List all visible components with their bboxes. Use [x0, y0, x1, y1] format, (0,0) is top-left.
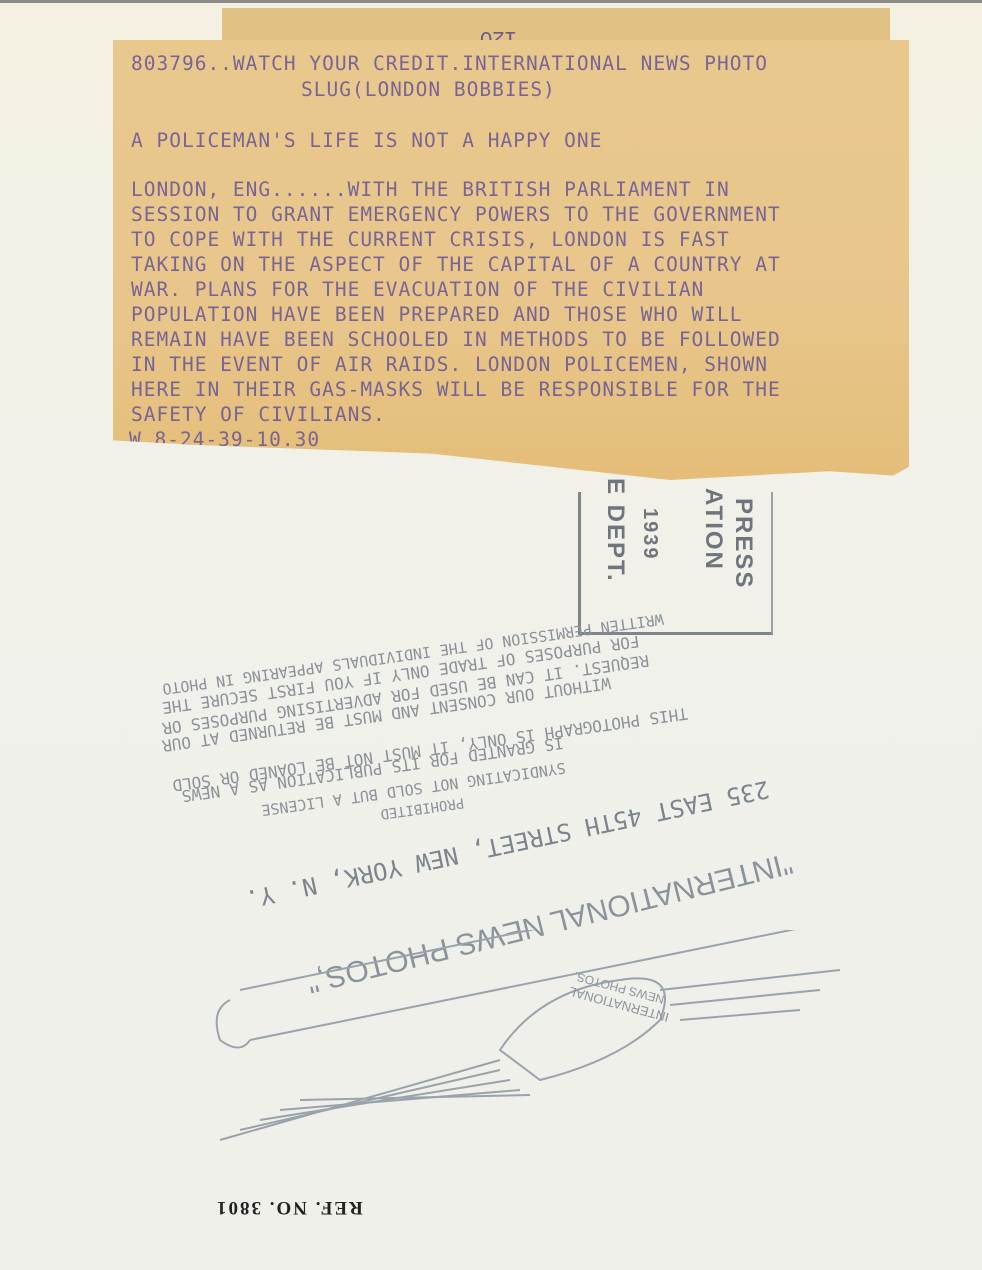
date-stamp-line: ATION: [699, 488, 727, 571]
caption-slug: SLUG(LONDON BOBBIES): [301, 78, 556, 101]
caption-slip: 803796..WATCH YOUR CREDIT.INTERNATIONAL …: [113, 40, 909, 480]
caption-headline: A POLICEMAN'S LIFE IS NOT A HAPPY ONE: [131, 129, 602, 152]
caption-body-line: TO COPE WITH THE CURRENT CRISIS, LONDON …: [131, 228, 730, 251]
caption-body-line: WAR. PLANS FOR THE EVACUATION OF THE CIV…: [131, 278, 704, 301]
caption-body-line: REMAIN HAVE BEEN SCHOOLED IN METHODS TO …: [131, 328, 781, 351]
date-stamp-line: E DEPT.: [601, 478, 629, 583]
date-stamp-line: PRESS: [729, 498, 757, 589]
caption-body-line: SAFETY OF CIVILIANS.: [131, 403, 386, 426]
caption-body-line: IN THE EVENT OF AIR RAIDS. LONDON POLICE…: [131, 353, 768, 376]
caption-body-line: LONDON, ENG......WITH THE BRITISH PARLIA…: [131, 178, 730, 201]
caption-header: 803796..WATCH YOUR CREDIT.INTERNATIONAL …: [131, 52, 768, 75]
caption-body-line: POPULATION HAVE BEEN PREPARED AND THOSE …: [131, 303, 743, 326]
reference-number: REF. NO. 3801: [215, 1196, 363, 1218]
caption-body-line: HERE IN THEIR GAS-MASKS WILL BE RESPONSI…: [131, 378, 781, 401]
caption-body-line: SESSION TO GRANT EMERGENCY POWERS TO THE…: [131, 203, 781, 226]
caption-body-line: TAKING ON THE ASPECT OF THE CAPITAL OF A…: [131, 253, 781, 276]
date-stamp-line: 1939: [638, 508, 661, 561]
eagle-stamp-icon: INTERNATIONAL NEWS PHOTOS.: [200, 930, 880, 1170]
date-stamp: PRESS ATION 1939 E DEPT.: [578, 492, 773, 635]
